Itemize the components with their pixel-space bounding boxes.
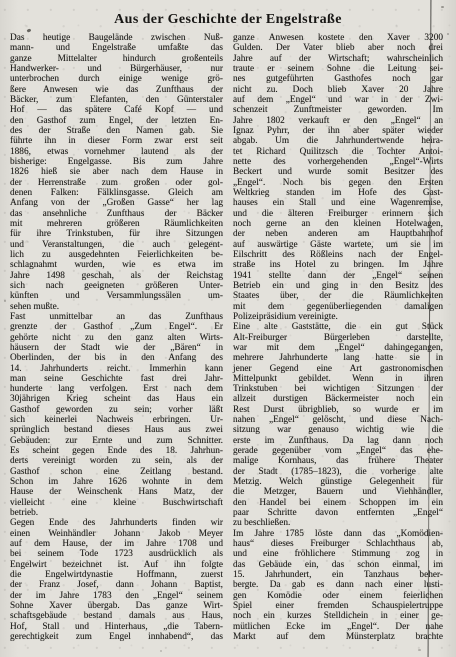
- text-line: Staates über, der die Räumlichkeiten: [233, 291, 443, 301]
- text-line: auf dem Hause, der im Jahre 1708 und: [10, 539, 223, 549]
- text-line: nette des vorhergehenden „Engel“-Wirts: [233, 157, 443, 167]
- text-line: mann- und Engelstraße umfaßte das: [10, 43, 223, 53]
- text-line: Schon im Jahre 1626 wohnte in dem: [10, 477, 223, 487]
- text-line: Gasthof geworden zu sein; vorher läßt: [10, 405, 223, 415]
- text-line: malige Kornhaus, das frühere Theater: [233, 456, 443, 466]
- text-line: 1941 stellte dann der „Engel“ seinen: [233, 271, 443, 281]
- text-line: Es scheint gegen Ende des 18. Jahrhun-: [10, 446, 223, 456]
- text-line: der im Jahre 1783 den „Engel“ seinem: [10, 591, 223, 601]
- text-line: Eilschritt des Rößleins nach der Engel-: [233, 250, 443, 260]
- text-line: Eine alte Gaststätte, die ein gut Stück: [233, 322, 443, 332]
- text-line: sprünglich bestand dieses Haus aus zwei: [10, 425, 223, 435]
- ink-speck: [418, 649, 421, 651]
- text-line: Gebäuden: zur Ernte und zum Schnitter.: [10, 436, 223, 446]
- text-line: Betrieb ein und ging in den Besitz des: [233, 281, 443, 291]
- text-column-right: ganze Anwesen kostete den Xaver 3200Guld…: [233, 33, 443, 642]
- text-line: bergte. Da gab es dann nach einer lusti-: [233, 580, 443, 590]
- text-line: bei seinem Tode 1723 ausdrücklich als: [10, 549, 223, 559]
- text-line: nicht zu. Doch blieb Xaver 20 Jahre: [233, 85, 443, 95]
- text-line: 1826 hieß sie aber nach dem Hause in: [10, 167, 223, 177]
- text-column-left: Das heutige Baugelände zwischen Nuß-mann…: [10, 33, 223, 642]
- text-line: schaftsgebäude bestand damals aus Haus,: [10, 611, 223, 621]
- text-line: man seine Geschichte fast drei Jahr-: [10, 374, 223, 384]
- text-line: auf dem „Engel“ und war in der Zwi-: [233, 95, 443, 105]
- text-line: abgab. Um die Jahrhundertwende heira-: [233, 136, 443, 146]
- text-line: noch gerne an den kleinen Hotelwagen,: [233, 219, 443, 229]
- text-line: Bäcker, zum Elefanten, den Günterstaler: [10, 95, 223, 105]
- text-line: Im Jahre 1785 löste dann das „Komödien-: [233, 529, 443, 539]
- text-line: Oberlinden, der bis in den Anfang des: [10, 353, 223, 363]
- text-line: 30jährigen Krieg scheint das Haus ein: [10, 394, 223, 404]
- text-line: Markt auf dem Münsterplatz brachte: [233, 632, 443, 642]
- text-line: hauses ein Stall und eine Wagenremise,: [233, 198, 443, 208]
- text-line: 15. Jahrhundert, ein Tanzhaus beher-: [233, 570, 443, 580]
- text-line: lich zu ausgedehnten Feierlichkeiten be-: [10, 250, 223, 260]
- text-line: der Franz Josef, dann Johann Baptist,: [10, 580, 223, 590]
- text-line: Fast unmittelbar an das Zunfthaus: [10, 312, 223, 322]
- text-line: schenzeit Zunftmeister geworden. Im: [233, 105, 443, 115]
- text-line: und eine fröhlichere Stimmung zog in: [233, 549, 443, 559]
- text-line: 1886, etwas vornehmer lautend als der: [10, 147, 223, 157]
- text-line: häusern der Stadt wie der „Bären“ in: [10, 343, 223, 353]
- text-line: mit mehreren größeren Räumlichkeiten: [10, 219, 223, 229]
- text-line: paar Schritte davon entfernten „Engel“: [233, 508, 443, 518]
- text-line: und Veranstaltungen, die auch gelegent-: [10, 240, 223, 250]
- scanned-page: Aus der Geschichte der Engelstraße Das h…: [0, 0, 456, 657]
- text-line: das Gebäude ein, das schon einmal, im: [233, 560, 443, 570]
- text-line: mütlichen Ecke im „Engel“. Der nahe: [233, 622, 443, 632]
- text-line: Sohne Xaver übergab. Das ganze Wirt-: [10, 601, 223, 611]
- text-line: grenzte der Gasthof „Zum Engel“. Er: [10, 322, 223, 332]
- text-line: Engelwirt bezeichnet ist. Auf ihn folgte: [10, 560, 223, 570]
- text-line: Metzig. Welch günstige Gelegenheit für: [233, 477, 443, 487]
- text-line: führte ihn in dieser Form zwar erst seit: [10, 136, 223, 146]
- text-line: sich keinerlei Nachweis erbringen. Ur-: [10, 415, 223, 425]
- text-line: einen Weinhändler Johann Jakob Meyer: [10, 529, 223, 539]
- text-line: straße ins Hotel zu bringen. Im Jahre: [233, 260, 443, 270]
- text-line: nahen „Engel“ gelöscht, und diese Nach-: [233, 415, 443, 425]
- text-line: allzeit durstigen Bäckermeister noch ein: [233, 394, 443, 404]
- text-line: bisherige: Engelgasse. Bis zum Jahre: [10, 157, 223, 167]
- text-line: der Herrenstraße zum großen oder gol-: [10, 178, 223, 188]
- text-line: Das heutige Baugelände zwischen Nuß-: [10, 33, 223, 43]
- text-line: Gulden. Der Vater blieb aber noch drei: [233, 43, 443, 53]
- text-line: Handwerker- und Bürgerhäuser, nur: [10, 64, 223, 74]
- text-line: noch ein kurzes Stelldichein in einer ge…: [233, 611, 443, 621]
- page-title: Aus der Geschichte der Engelstraße: [0, 12, 456, 28]
- text-line: traute er seinem Sohne die Leitung sei-: [233, 64, 443, 74]
- ink-speck: [447, 33, 449, 35]
- text-line: Hof — das spätere Café Kopf — und: [10, 105, 223, 115]
- text-line: vielleicht eine kleine Buschwirtschaft: [10, 498, 223, 508]
- text-line: gehörte nicht zu den ganz alten Wirts-: [10, 333, 223, 343]
- ink-speck: [441, 6, 444, 8]
- text-line: mehrere Jahrhunderte lang hatte sie in: [233, 353, 443, 363]
- text-line: Jahre 1498 geschah, als der Reichstag: [10, 271, 223, 281]
- text-line: hunderte lang verfolgen. Erst nach dem: [10, 384, 223, 394]
- text-line: und die älteren Freiburger erinnern sich: [233, 209, 443, 219]
- text-line: Spiel einer fremden Schauspielertruppe: [233, 601, 443, 611]
- text-line: Ignaz Pyhrr, der ihn aber später wieder: [233, 126, 443, 136]
- text-line: gerade gegenüber vom „Engel“ das ehe-: [233, 446, 443, 456]
- text-line: gerechtigkeit zum Engel innhabend“, das: [10, 632, 223, 642]
- text-line: Trinkstuben bei wichtigen Sitzungen der: [233, 384, 443, 394]
- text-line: denen Falken: Fälklinsgasse. Gleich am: [10, 188, 223, 198]
- text-line: der Stadt (1785–1823), die vorherige alt…: [233, 467, 443, 477]
- text-line: ganze Anwesen kostete den Xaver 3200: [233, 33, 443, 43]
- text-line: Polizeipräsidium vereinigte.: [233, 312, 443, 322]
- text-line: den Handel bei einem Schoppen im ein: [233, 498, 443, 508]
- text-line: sitzung war genauso wichtig wie die: [233, 425, 443, 435]
- text-line: unterbrochen durch einige wenige grö-: [10, 74, 223, 84]
- text-line: Hof, Stall und Hinterhaus, „die Tabern-: [10, 622, 223, 632]
- text-line: haus“ dieses Freiburger Schlachthaus ab,: [233, 539, 443, 549]
- text-line: den Gasthof zum Engel, der letzten En-: [10, 116, 223, 126]
- text-line: sich nach geeigneten größeren Unter-: [10, 281, 223, 291]
- text-line: war mit dem „Engel“ dahingegangen,: [233, 343, 443, 353]
- ink-speck: [4, 300, 6, 302]
- text-line: Gegen Ende des Jahrhunderts finden wir: [10, 518, 223, 528]
- text-line: nes gutgeführten Gasthofes noch gar: [233, 74, 443, 84]
- text-line: Beckert und wurde somit Besitzer des: [233, 167, 443, 177]
- text-line: Jahre 1802 verkauft er den „Engel“ an: [233, 116, 443, 126]
- text-line: des der Straße den Namen gab. Sie: [10, 126, 223, 136]
- text-line: für ihre Trinkstuben, für ihre Sitzungen: [10, 229, 223, 239]
- text-line: erste im Zunfthaus. Da lag dann noch: [233, 436, 443, 446]
- text-line: ganze Mittelalter hindurch großenteils: [10, 54, 223, 64]
- text-line: gen Komödie oder einem feierlichen: [233, 591, 443, 601]
- text-line: Alt-Freiburger Bürgerleben darstellte,: [233, 333, 443, 343]
- text-line: Jahre auf der Wirtschaft; wahrscheinlich: [233, 54, 443, 64]
- text-line: Hause der Weinschenk Hans Matz, der: [10, 487, 223, 497]
- text-line: derts vereinigt worden zu sein, als der: [10, 456, 223, 466]
- text-line: tet Richard Quilitzsch die Tochter Antoi…: [233, 147, 443, 157]
- text-line: ßere Anwesen wie das Zunfthaus der: [10, 85, 223, 95]
- text-line: zu beschließen.: [233, 518, 443, 528]
- text-line: jener Gegend eine Art gastronomischen: [233, 364, 443, 374]
- text-line: künften und Versammlungssälen um-: [10, 291, 223, 301]
- text-line: schlagnahmt wurden, wie es etwa im: [10, 260, 223, 270]
- text-line: das ansehnliche Zunfthaus der Bäcker: [10, 209, 223, 219]
- ink-speck: [160, 650, 162, 652]
- text-line: Rest Durst übrigblieb, so wurde er im: [233, 405, 443, 415]
- text-line: Gasthof schon eine Zeitlang bestand.: [10, 467, 223, 477]
- text-line: Mittelpunkt gebildet. Wenn in ihren: [233, 374, 443, 384]
- text-line: betrieb.: [10, 508, 223, 518]
- text-line: die Metzger, Bauern und Viehhändler,: [233, 487, 443, 497]
- text-line: auf auswärtige Gäste wartete, um sie im: [233, 240, 443, 250]
- text-line: der neben anderen am Hauptbahnhof: [233, 229, 443, 239]
- text-line: die Engelwirtdynastie Hoffmann, zuerst: [10, 570, 223, 580]
- text-line: mit dem gegenüberliegenden damaligen: [233, 302, 443, 312]
- text-line: 14. Jahrhunderts reicht. Immerhin kann: [10, 364, 223, 374]
- text-line: sehen mußte.: [10, 302, 223, 312]
- text-line: Weltkrieg standen im Hofe des Gast-: [233, 188, 443, 198]
- text-line: „Engel“. Noch bis gegen den Ersten: [233, 178, 443, 188]
- text-line: Anfang von der „Großen Gasse“ her lag: [10, 198, 223, 208]
